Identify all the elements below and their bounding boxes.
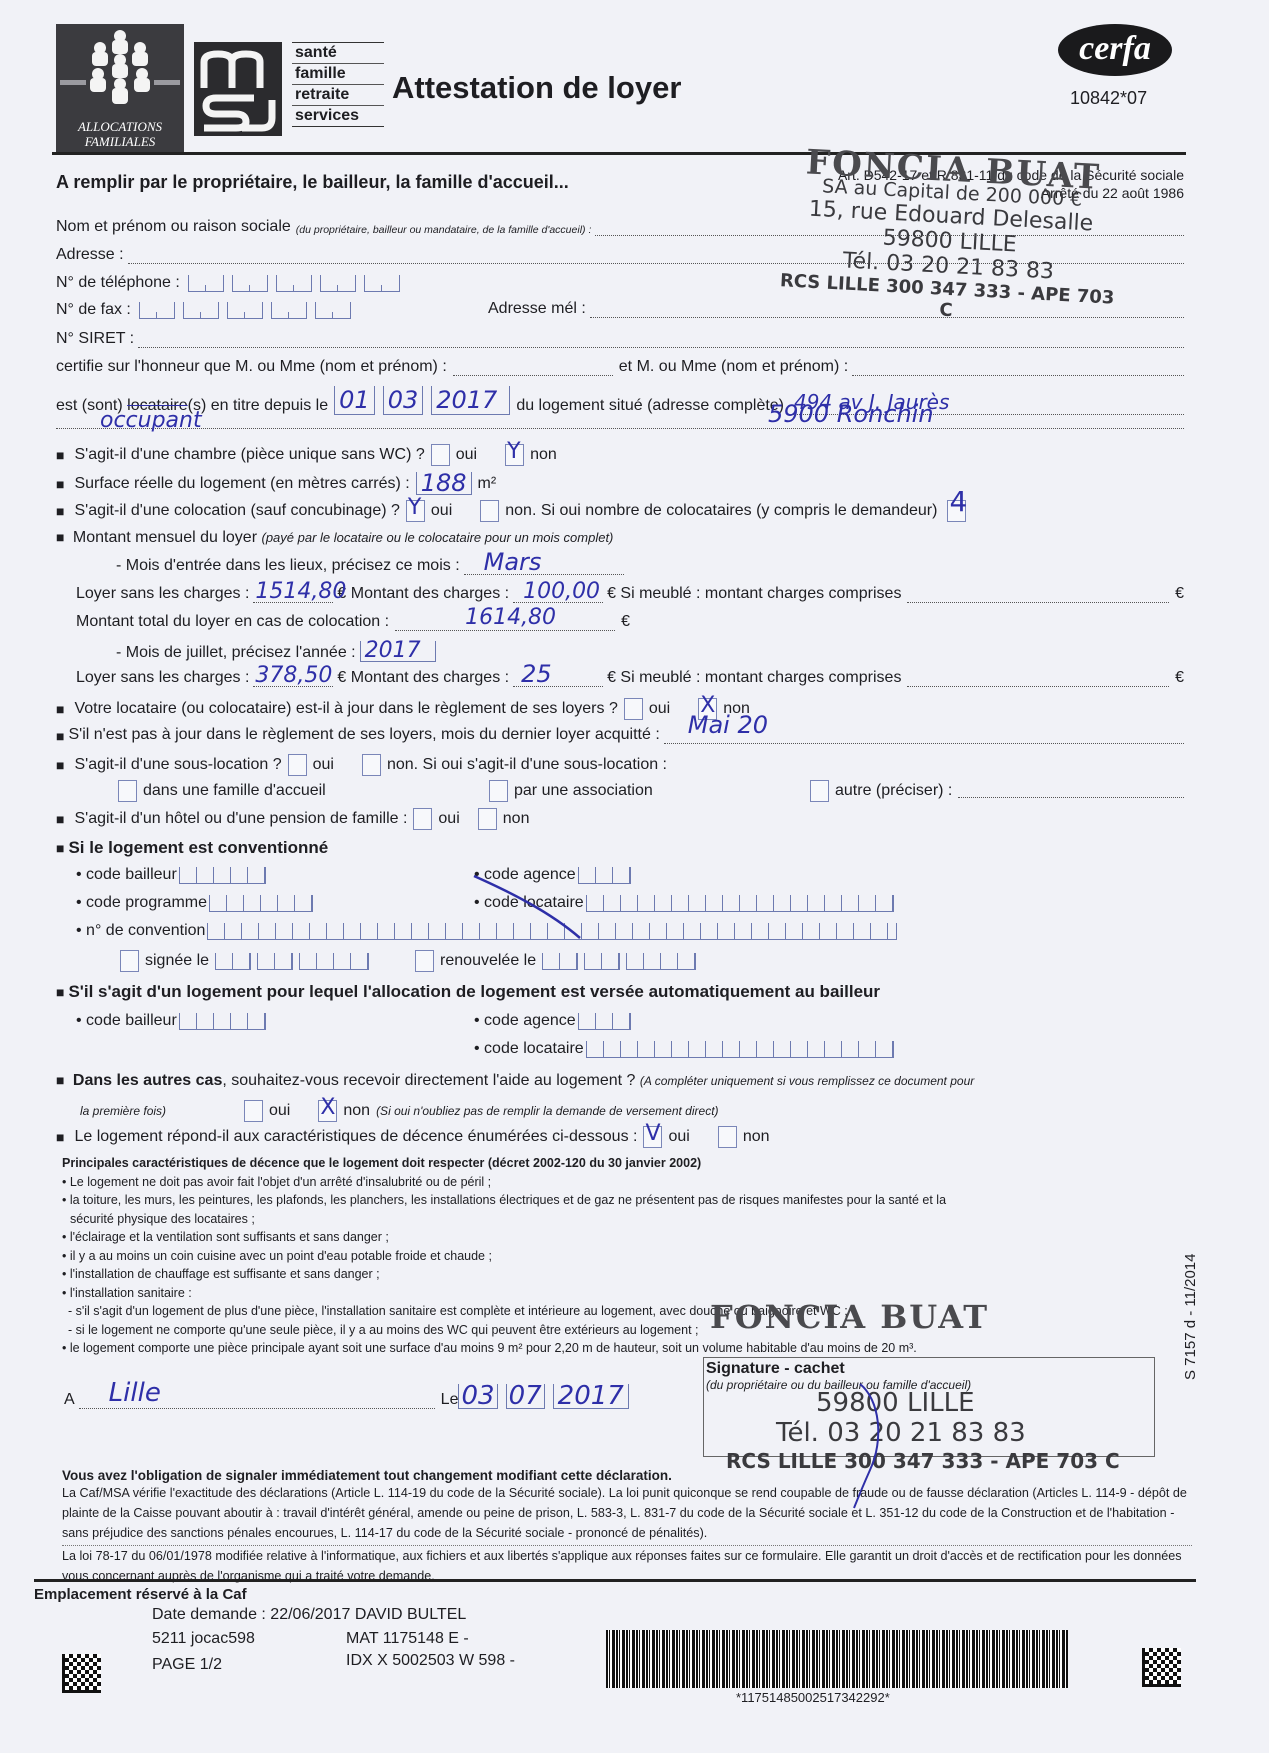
charges-field[interactable]: 100,00: [513, 602, 603, 603]
conv-dates-row: signée le renouvelée le: [120, 950, 696, 972]
signature-box-title: Signature - cachet: [704, 1358, 1154, 1378]
direct-aid-answers: la première fois) oui X non (Si oui n'ou…: [80, 1100, 719, 1122]
check-mark-icon: V: [645, 1121, 660, 1146]
check-mark-icon: X: [320, 1095, 335, 1120]
july-charges-field[interactable]: 25: [513, 686, 603, 687]
chambre-oui-label: oui: [456, 446, 477, 464]
fax-digit-pair[interactable]: [139, 302, 175, 319]
sublet-oui-label: oui: [313, 756, 334, 774]
last-paid-label: S'il n'est pas à jour dans le règlement …: [68, 726, 659, 744]
place-label: A: [64, 1391, 75, 1409]
date-label: Le: [441, 1391, 459, 1409]
entry-month-field[interactable]: Mars: [464, 574, 624, 575]
last-paid-field[interactable]: Mai 20: [664, 743, 1184, 744]
cerfa-logo: cerfa: [1058, 24, 1172, 76]
owner-fax-label: N° de fax :: [56, 301, 131, 319]
conv-signed-day[interactable]: [215, 953, 251, 970]
sublet-other-checkbox[interactable]: [810, 780, 829, 802]
decency-list-title: Principales caractéristiques de décence …: [62, 1154, 1142, 1173]
sublet-oui-checkbox[interactable]: [288, 754, 307, 776]
hotel-oui-label: oui: [438, 810, 459, 828]
hotel-oui-checkbox[interactable]: [413, 808, 432, 830]
decency-item: sécurité physique des locataires ;: [62, 1210, 1142, 1229]
auto-code-bailleur-field[interactable]: [179, 1013, 266, 1030]
rent-heading-label: Montant mensuel du loyer: [73, 529, 257, 546]
furnished-field[interactable]: [907, 602, 1169, 603]
july-rent-label: Loyer sans les charges :: [76, 669, 249, 687]
place-row: A Lille Le 03 07 2017: [64, 1384, 629, 1409]
fax-digit-pair[interactable]: [227, 302, 263, 319]
stamp-company-bottom: FONCIA BUAT: [710, 1298, 989, 1336]
legal-fraud: La Caf/MSA vérifie l'exactitude des décl…: [62, 1483, 1192, 1546]
check-mark-icon: Y: [507, 439, 520, 464]
direct-aid-hint: (A compléter uniquement si vous rempliss…: [640, 1074, 974, 1088]
conv-code-locataire-field[interactable]: [586, 895, 894, 912]
certify-label: certifie sur l'honneur que M. ou Mme (no…: [56, 358, 447, 376]
phone-digit-pair[interactable]: [188, 275, 224, 292]
sublet-options: dans une famille d'accueil par une assoc…: [118, 780, 1184, 802]
datamatrix-right-icon: [1142, 1648, 1181, 1687]
total-label: Montant total du loyer en cas de colocat…: [76, 613, 389, 631]
owner-siret-field[interactable]: [138, 347, 1184, 348]
decency-item: • il y a au moins un coin cuisine avec u…: [62, 1247, 1142, 1266]
last-paid-hw: Mai 20: [688, 711, 768, 739]
direct-aid-non-label: non: [343, 1102, 370, 1120]
entry-month-hw: Mars: [484, 548, 542, 576]
rent-row-2: Loyer sans les charges : 378,50 € Montan…: [76, 669, 1184, 687]
entry-month-label: - Mois d'entrée dans les lieux, précisez…: [116, 557, 460, 575]
auto-code-locataire-row: • code locataire: [474, 1040, 894, 1058]
july-year-field[interactable]: 2017: [360, 641, 436, 662]
signature-stamp-phone: Tél. 03 20 21 83 83: [776, 1418, 1026, 1448]
caf-page: PAGE 1/2: [152, 1656, 222, 1674]
company-stamp: FONCIA BUAT SA au Capital de 200 000 € 1…: [776, 141, 1124, 330]
located-label: du logement situé (adresse complète): [516, 397, 784, 415]
cerfa-label: cerfa: [1079, 30, 1151, 67]
status-hw: occupant: [100, 408, 202, 433]
july-charges-label: € Montant des charges :: [337, 669, 509, 687]
auto-code-agence-field[interactable]: [578, 1013, 631, 1030]
caf-logo: ALLOCATIONS FAMILIALES: [56, 24, 184, 154]
phone-digit-pair[interactable]: [232, 275, 268, 292]
and-label: et M. ou Mme (nom et prénom) :: [619, 358, 848, 376]
conv-signed-checkbox[interactable]: [120, 950, 139, 972]
uptodate-question: Votre locataire (ou colocataire) est-il …: [56, 698, 750, 720]
owner-phone-label: N° de téléphone :: [56, 274, 180, 292]
owner-fax-row: N° de fax :: [56, 301, 351, 319]
since-row: est (sont) locataire (s) en titre depuis…: [56, 386, 1184, 415]
last-paid-row: S'il n'est pas à jour dans le règlement …: [56, 726, 1184, 744]
conv-renewed-day[interactable]: [542, 953, 578, 970]
fax-digit-pair[interactable]: [315, 302, 351, 319]
sublet-family-checkbox[interactable]: [118, 780, 137, 802]
direct-aid-oui-checkbox[interactable]: [244, 1100, 263, 1122]
decency-item: • l'installation de chauffage est suffis…: [62, 1265, 1142, 1284]
msa-word: santé: [292, 42, 384, 64]
convention-heading: Si le logement est conventionné: [56, 838, 328, 858]
surface-unit: m²: [478, 475, 497, 493]
decency-oui-checkbox[interactable]: V: [643, 1126, 662, 1148]
decency-non-checkbox[interactable]: [718, 1126, 737, 1148]
euro-sign: €: [621, 613, 630, 631]
conv-code-programme-label: • code programme: [76, 894, 207, 912]
charges-value: 100,00: [523, 579, 600, 604]
barcode-text: *11751485002517342292*: [736, 1690, 890, 1705]
caf-logo-text: ALLOCATIONS FAMILIALES: [56, 115, 184, 149]
place-field[interactable]: Lille: [79, 1408, 435, 1409]
conv-renewed-year[interactable]: [626, 953, 696, 970]
rent-field[interactable]: 1514,80: [253, 602, 333, 603]
conv-renewed-month[interactable]: [584, 953, 620, 970]
section-heading-owner: A remplir par le propriétaire, le baille…: [56, 172, 569, 193]
total-field[interactable]: 1614,80: [395, 630, 615, 631]
tenant-2-name-field[interactable]: [852, 375, 1184, 376]
auto-code-agence-label: • code agence: [474, 1012, 576, 1030]
direct-aid-non-hint: (Si oui n'oubliez pas de remplir la dema…: [376, 1104, 718, 1118]
decency-item: • Le logement ne doit pas avoir fait l'o…: [62, 1173, 1142, 1192]
msa-word: famille: [292, 64, 384, 85]
surface-label: Surface réelle du logement (en mètres ca…: [74, 475, 409, 493]
since-year-field[interactable]: 2017: [431, 386, 510, 415]
date-month-field[interactable]: 07: [506, 1384, 545, 1409]
legal-block: Vous avez l'obligation de signaler imméd…: [62, 1468, 1192, 1586]
july-row: - Mois de juillet, précisez l'année : 20…: [116, 641, 436, 662]
caf-people-icon: [56, 24, 184, 110]
sublet-family-label: dans une famille d'accueil: [143, 782, 483, 800]
auto-code-locataire-label: • code locataire: [474, 1040, 584, 1058]
signature-box[interactable]: Signature - cachet (du propriétaire ou d…: [703, 1357, 1155, 1457]
caf-mat: MAT 1175148 E -: [346, 1630, 469, 1648]
msa-word: retraite: [292, 85, 384, 106]
coloc-non-checkbox[interactable]: [480, 500, 499, 522]
sublet-question: S'agit-il d'une sous-location ? oui non.…: [56, 754, 667, 776]
sublet-non-checkbox[interactable]: [362, 754, 381, 776]
sublet-non-label: non. Si oui s'agit-il d'une sous-locatio…: [387, 756, 667, 774]
owner-siret-row: N° SIRET :: [56, 330, 1184, 348]
chambre-non-checkbox[interactable]: Y: [505, 444, 524, 466]
conv-code-programme-row: • code programme: [76, 894, 313, 912]
chambre-oui-checkbox[interactable]: [431, 444, 450, 466]
chambre-question: S'agit-il d'une chambre (pièce unique sa…: [56, 444, 557, 466]
uptodate-label: Votre locataire (ou colocataire) est-il …: [74, 700, 617, 718]
auto-code-bailleur-label: • code bailleur: [76, 1012, 177, 1030]
total-value: 1614,80: [465, 605, 556, 630]
address-line-2: occupant 5900 Ronchin: [56, 414, 1184, 429]
july-charges-value: 25: [521, 660, 552, 688]
hotel-non-checkbox[interactable]: [478, 808, 497, 830]
strike-through-mark: [470, 872, 590, 942]
charges-label: € Montant des charges :: [337, 585, 509, 603]
caf-date-line: Date demande : 22/06/2017 DAVID BULTEL: [152, 1606, 466, 1624]
conv-signed-label: signée le: [145, 952, 209, 970]
july-furnished-field[interactable]: [907, 686, 1169, 687]
conv-code-bailleur-label: • code bailleur: [76, 866, 177, 884]
sublet-association-label: par une association: [514, 782, 804, 800]
date-year-field[interactable]: 2017: [553, 1384, 629, 1409]
auto-code-agence-row: • code agence: [474, 1012, 631, 1030]
conv-signed-year[interactable]: [299, 953, 369, 970]
auto-payment-heading: S'il s'agit d'un logement pour lequel l'…: [56, 982, 880, 1002]
barcode: [606, 1630, 1068, 1688]
owner-address-label: Adresse :: [56, 246, 124, 264]
sublet-other-label: autre (préciser) :: [835, 782, 952, 800]
auto-code-locataire-field[interactable]: [586, 1041, 894, 1058]
phone-digit-pair[interactable]: [364, 275, 400, 292]
fax-digit-pair[interactable]: [271, 302, 307, 319]
total-row: Montant total du loyer en cas de colocat…: [76, 613, 630, 631]
conv-signed-month[interactable]: [257, 953, 293, 970]
coloc-oui-label: oui: [431, 502, 452, 520]
coloc-non-label: non. Si oui nombre de colocataires (y co…: [505, 502, 937, 520]
tenant-1-name-field[interactable]: [453, 375, 613, 376]
owner-phone-row: N° de téléphone :: [56, 274, 400, 292]
decency-non-label: non: [743, 1128, 770, 1146]
july-rent-value: 378,50: [255, 663, 332, 688]
decency-oui-label: oui: [668, 1128, 689, 1146]
legal-warning: Vous avez l'obligation de signaler imméd…: [62, 1468, 1192, 1483]
caf-reserved-title: Emplacement réservé à la Caf: [34, 1586, 247, 1603]
coloc-count-value: 4: [949, 485, 967, 518]
since-day-field[interactable]: 01: [334, 386, 375, 415]
direct-aid-oui-label: oui: [269, 1102, 290, 1120]
sublet-label: S'agit-il d'une sous-location ?: [74, 756, 281, 774]
footer-rule: [34, 1579, 1196, 1582]
msa-tagline: santé famille retraite services: [292, 42, 384, 127]
since-month-field[interactable]: 03: [383, 386, 424, 415]
certify-row: certifie sur l'honneur que M. ou Mme (no…: [56, 358, 1184, 376]
uptodate-oui-checkbox[interactable]: [624, 698, 643, 720]
entry-month-row: - Mois d'entrée dans les lieux, précisez…: [116, 557, 624, 575]
fax-digit-pair[interactable]: [183, 302, 219, 319]
auto-code-bailleur-row: • code bailleur: [76, 1012, 266, 1030]
address-hw-line2: 5900 Ronchin: [768, 400, 934, 428]
hotel-question: S'agit-il d'un hôtel ou d'une pension de…: [56, 808, 529, 830]
rent-heading: Montant mensuel du loyer (payé par le lo…: [56, 529, 613, 547]
conv-renewed-checkbox[interactable]: [415, 950, 434, 972]
conv-code-bailleur-field[interactable]: [179, 867, 266, 884]
decency-item: • la toiture, les murs, les peintures, l…: [62, 1191, 1142, 1210]
rent-heading-hint: (payé par le locataire ou le colocataire…: [261, 530, 613, 545]
rent-row-1: Loyer sans les charges : 1514,80 € Monta…: [76, 585, 1184, 603]
owner-name-hint: (du propriétaire, bailleur ou mandataire…: [296, 224, 592, 236]
form-reference: S 7157 d - 11/2014: [1182, 1254, 1199, 1381]
july-label: - Mois de juillet, précisez l'année :: [116, 644, 356, 662]
conv-code-programme-field[interactable]: [209, 895, 313, 912]
furnished-label: € Si meublé : montant charges comprises: [607, 585, 901, 603]
place-hw: Lille: [109, 1378, 161, 1408]
decency-question: Le logement répond-il aux caractéristiqu…: [56, 1126, 770, 1148]
hotel-non-label: non: [503, 810, 530, 828]
since-suffix: (s) en titre depuis le: [188, 397, 329, 415]
date-day-field[interactable]: 03: [458, 1384, 497, 1409]
coloc-count-field[interactable]: 4: [947, 500, 966, 522]
direct-aid-question: Dans les autres cas, souhaitez-vous rece…: [56, 1072, 974, 1090]
address-field-2[interactable]: occupant 5900 Ronchin: [56, 414, 1184, 429]
owner-name-label: Nom et prénom ou raison sociale: [56, 218, 291, 236]
euro-sign: €: [1175, 585, 1184, 603]
owner-siret-label: N° SIRET :: [56, 330, 134, 348]
euro-sign: €: [1175, 669, 1184, 687]
chambre-label: S'agit-il d'une chambre (pièce unique sa…: [74, 446, 424, 464]
direct-aid-non-checkbox[interactable]: X: [318, 1100, 337, 1122]
coloc-oui-checkbox[interactable]: Y: [406, 500, 425, 522]
msa-logo: [194, 42, 282, 136]
sublet-other-field[interactable]: [958, 797, 1184, 798]
conv-renewed-label: renouvelée le: [440, 952, 536, 970]
decency-item: • l'éclairage et la ventilation sont suf…: [62, 1228, 1142, 1247]
rent-label: Loyer sans les charges :: [76, 585, 249, 603]
direct-aid-hint-2: la première fois): [80, 1104, 238, 1118]
decency-item: • le logement comporte une pièce princip…: [62, 1339, 1142, 1358]
owner-email-label: Adresse mél :: [488, 300, 586, 318]
hotel-label: S'agit-il d'un hôtel ou d'une pension de…: [74, 810, 407, 828]
coloc-label: S'agit-il d'une colocation (sauf concubi…: [74, 502, 399, 520]
conv-number-label: • n° de convention: [76, 922, 205, 940]
direct-aid-rest: , souhaitez-vous recevoir directement l'…: [222, 1072, 635, 1089]
rent-value: 1514,80: [255, 579, 346, 604]
caf-code: 5211 jocac598: [152, 1630, 255, 1648]
chambre-non-label: non: [530, 446, 557, 464]
decency-label: Le logement répond-il aux caractéristiqu…: [74, 1128, 637, 1146]
sublet-association-checkbox[interactable]: [489, 780, 508, 802]
july-rent-field[interactable]: 378,50: [253, 686, 333, 687]
datamatrix-left-icon: [62, 1654, 101, 1693]
direct-aid-bold: Dans les autres cas: [73, 1072, 222, 1089]
surface-field[interactable]: 188: [416, 472, 472, 495]
phone-digit-pair[interactable]: [276, 275, 312, 292]
msa-word: services: [292, 106, 384, 127]
check-mark-icon: Y: [408, 495, 421, 520]
page-title: Attestation de loyer: [392, 70, 681, 106]
coloc-question: S'agit-il d'une colocation (sauf concubi…: [56, 500, 966, 522]
cerfa-number: 10842*07: [1070, 88, 1147, 109]
july-furnished-label: € Si meublé : montant charges comprises: [607, 669, 901, 687]
conv-code-bailleur-row: • code bailleur: [76, 866, 266, 884]
uptodate-oui-label: oui: [649, 700, 670, 718]
phone-digit-pair[interactable]: [320, 275, 356, 292]
caf-idx: IDX X 5002503 W 598 -: [346, 1652, 515, 1670]
surface-question: Surface réelle du logement (en mètres ca…: [56, 472, 496, 495]
